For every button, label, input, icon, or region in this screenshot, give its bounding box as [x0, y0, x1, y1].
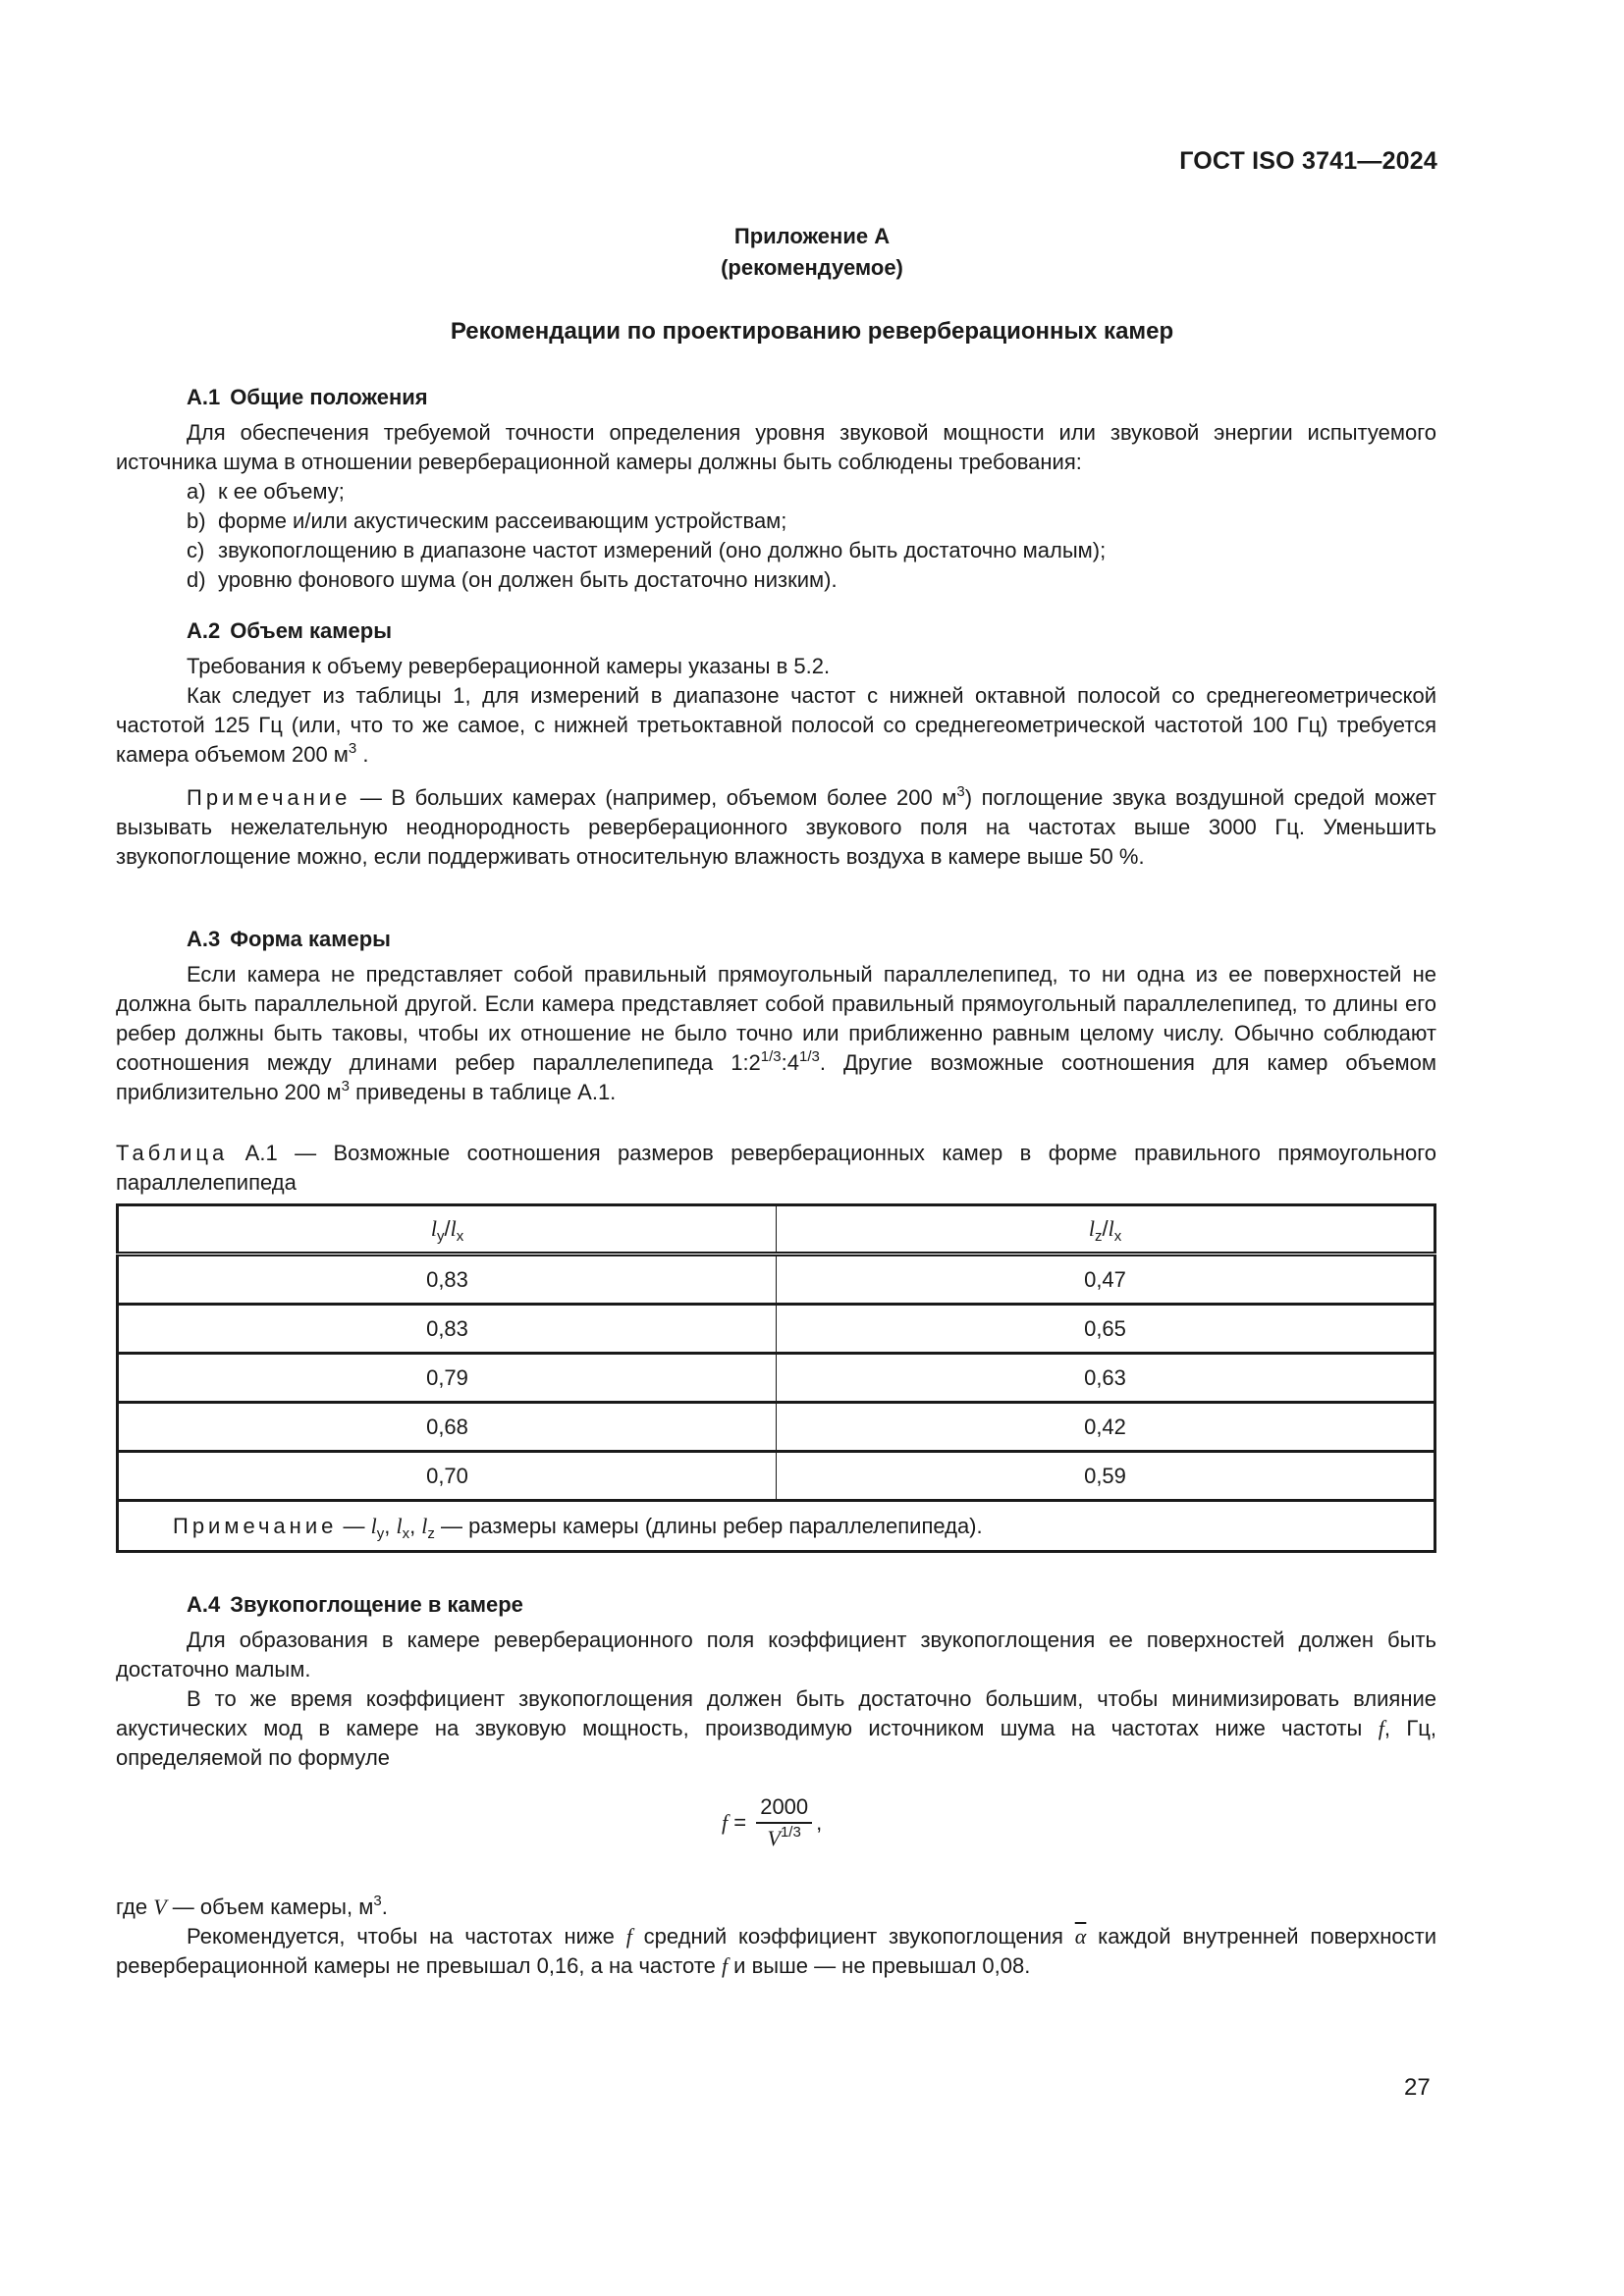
numerator: 2000	[756, 1794, 812, 1824]
section-title: Форма камеры	[230, 927, 391, 951]
table-row: 0,79 0,63	[118, 1354, 1435, 1403]
paragraph: Для образования в камере реверберационно…	[116, 1626, 1436, 1684]
paragraph: Требования к объему реверберационной кам…	[116, 652, 1436, 681]
table-caption: Таблица А.1 — Возможные соотношения разм…	[116, 1139, 1436, 1198]
table-cell: 0,83	[118, 1305, 777, 1354]
note: Примечание — В больших камерах (например…	[116, 783, 1436, 872]
standard-designation: ГОСТ ISO 3741—2024	[1179, 147, 1437, 176]
annex-title: Приложение А	[0, 224, 1624, 249]
section-a2: А.2Объем камеры Требования к объему реве…	[116, 616, 1436, 872]
section-title: Общие положения	[230, 385, 427, 409]
list-text: звукопоглощению в диапазоне частот измер…	[218, 538, 1106, 562]
list-marker: c)	[187, 536, 218, 565]
table-note-row: Примечание — ly, lx, lz — размеры камеры…	[118, 1501, 1435, 1552]
list-text: уровню фонового шума (он должен быть дос…	[218, 567, 838, 592]
denominator: V1/3	[768, 1824, 801, 1851]
list-item: b)форме и/или акустическим рассеивающим …	[116, 507, 1436, 536]
paragraph: Если камера не представляет собой правил…	[116, 960, 1436, 1107]
column-header-ly-lx: ly/lx	[118, 1205, 777, 1255]
document-page: ГОСТ ISO 3741—2024 Приложение А (рекомен…	[0, 0, 1624, 2296]
list-marker: d)	[187, 565, 218, 595]
section-a4-cont: где V — объем камеры, м3. Рекомендуется,…	[116, 1893, 1436, 1981]
table-row: 0,83 0,47	[118, 1255, 1435, 1305]
table-header-row: ly/lx lz/lx	[118, 1205, 1435, 1255]
section-number: А.2	[187, 618, 220, 643]
table-cell: 0,68	[118, 1403, 777, 1452]
annex-heading: Рекомендации по проектированию ревербера…	[0, 318, 1624, 346]
list-text: форме и/или акустическим рассеивающим ус…	[218, 508, 786, 533]
formula: f = 2000 V1/3 ,	[722, 1794, 822, 1851]
table-note: Примечание — ly, lx, lz — размеры камеры…	[118, 1501, 1435, 1552]
list-item: a)к ее объему;	[116, 477, 1436, 507]
page-number: 27	[1404, 2074, 1431, 2102]
table-cell: 0,65	[777, 1305, 1435, 1354]
table-cell: 0,47	[777, 1255, 1435, 1305]
section-number: А.3	[187, 927, 220, 951]
table-cell: 0,79	[118, 1354, 777, 1403]
section-number: А.1	[187, 385, 220, 409]
table-row: 0,70 0,59	[118, 1452, 1435, 1501]
paragraph: Для обеспечения требуемой точности опред…	[116, 418, 1436, 477]
section-title: Объем камеры	[230, 618, 392, 643]
list-item: d)уровню фонового шума (он должен быть д…	[116, 565, 1436, 595]
section-number: А.4	[187, 1592, 220, 1617]
section-a1: А.1Общие положения Для обеспечения требу…	[116, 383, 1436, 595]
paragraph: Как следует из таблицы 1, для измерений …	[116, 681, 1436, 770]
section-a2-heading: А.2Объем камеры	[116, 616, 1436, 646]
table-cell: 0,59	[777, 1452, 1435, 1501]
fraction: 2000 V1/3	[756, 1794, 812, 1851]
table-cell: 0,70	[118, 1452, 777, 1501]
section-title: Звукопоглощение в камере	[230, 1592, 523, 1617]
table-cell: 0,63	[777, 1354, 1435, 1403]
list-item: c)звукопоглощению в диапазоне частот изм…	[116, 536, 1436, 565]
section-a4: А.4Звукопоглощение в камере Для образова…	[116, 1590, 1436, 1773]
section-a3-heading: А.3Форма камеры	[116, 925, 1436, 954]
table-row: 0,68 0,42	[118, 1403, 1435, 1452]
paragraph: Рекомендуется, чтобы на частотах ниже f …	[116, 1922, 1436, 1981]
table-row: 0,83 0,65	[118, 1305, 1435, 1354]
where-clause: где V — объем камеры, м3.	[116, 1893, 1436, 1922]
section-a1-heading: А.1Общие положения	[116, 383, 1436, 412]
section-a3: А.3Форма камеры Если камера не представл…	[116, 925, 1436, 1107]
list-marker: a)	[187, 477, 218, 507]
section-a4-heading: А.4Звукопоглощение в камере	[116, 1590, 1436, 1620]
caption-label: Таблица	[116, 1141, 228, 1165]
list-text: к ее объему;	[218, 479, 345, 504]
list-marker: b)	[187, 507, 218, 536]
annex-status: (рекомендуемое)	[0, 255, 1624, 281]
ratio-table: ly/lx lz/lx 0,83 0,47 0,83 0,65 0,79 0,6…	[116, 1203, 1436, 1553]
paragraph: В то же время коэффициент звукопоглощени…	[116, 1684, 1436, 1773]
caption-text: А.1 — Возможные соотношения размеров рев…	[116, 1141, 1436, 1195]
note-label: Примечание	[187, 785, 351, 810]
table-cell: 0,83	[118, 1255, 777, 1305]
column-header-lz-lx: lz/lx	[777, 1205, 1435, 1255]
table-cell: 0,42	[777, 1403, 1435, 1452]
